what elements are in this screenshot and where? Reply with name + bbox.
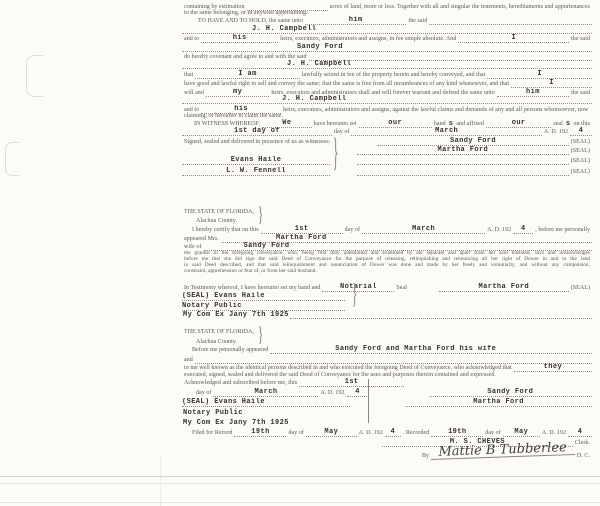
printed-form-text: Alachua County. (194, 217, 239, 225)
blank-with-entry: J. H. Campbell (182, 95, 592, 104)
blank-with-entry: 19th (431, 428, 483, 437)
bottom-rule-3 (0, 502, 600, 503)
witness-column-brace: } (333, 136, 338, 172)
line-seal-2: Martha Ford(SEAL) (182, 146, 592, 155)
line-grantee-name: J. H. Campbell (182, 25, 592, 34)
line-acknowledged: Acknowledged and subscribed before me, t… (182, 378, 592, 387)
printed-form-text: By (420, 452, 431, 460)
blank-with-entry: Sandy Ford (429, 388, 592, 397)
line-signed-sealed: Signed, sealed and delivered in presence… (182, 137, 592, 146)
printed-form-text: A. D. 192 (318, 389, 346, 397)
printed-form-text: (SEAL) (569, 284, 592, 292)
line-alachua-county-1: Alachua County. (182, 216, 592, 225)
printed-form-text: A. D. 192 (357, 429, 385, 437)
blank-with-entry: him (305, 16, 407, 25)
clerk-signature: Mattie B Tubberlee (431, 442, 575, 460)
line-before-me-appeared: Before me personally appearedSandy Ford … (182, 345, 592, 354)
printed-form-text: THE STATE OF FLORIDA, (182, 208, 256, 216)
line-good-lawful-right: have good and lawful right to sell and c… (182, 79, 592, 88)
blank-with-entry: Sandy Ford (377, 137, 568, 146)
printed-form-text: A. D. 192 (542, 128, 570, 136)
blank-with-entry: his (201, 34, 278, 43)
binder-hole-mark-1 (26, 55, 43, 97)
blank-with-entry: I (458, 34, 569, 43)
typed-entry: Notary Public (182, 409, 244, 417)
printed-form-text: TO HAVE AND TO HOLD, the same unto (196, 17, 305, 25)
bottom-rule-1 (0, 476, 600, 477)
line-heirs-fee-simple: and tohisheirs, executors, administrator… (182, 34, 592, 43)
blank-with-entry: I (511, 79, 592, 88)
printed-form-text: (SEAL) (569, 157, 592, 165)
blank-with-entry: 4 (570, 127, 592, 136)
line-certify-date: I hereby certify that on this1stday ofMa… (182, 225, 592, 234)
notarial-seal-brace: } (352, 282, 357, 308)
line-filed-recorded: Filed for Record19thday ofMayA. D. 1924.… (182, 428, 592, 437)
printed-form-text: the said (569, 35, 592, 43)
blank-with-entry: Sandy Ford and Martha Ford his wife (270, 345, 592, 354)
blank-with-entry: Evans Haile (182, 156, 330, 165)
typed-entry: My Com Ex Jany 7th 1925 (182, 419, 290, 427)
scanned-deed-document: { "glyphs": { "brace": "}" }, "page": { … (0, 0, 600, 506)
blank-with-entry: Martha Ford (357, 146, 569, 155)
blank-with-entry: 4 (513, 225, 533, 234)
printed-form-text: Seal (394, 284, 409, 292)
printed-form-text: Signed, sealed and delivered in presence… (182, 138, 332, 146)
blank-with-entry: (SEAL) Evans Haile (182, 398, 350, 407)
printed-form-text: In Testimony whereof, I have hereunto se… (182, 284, 322, 292)
blank-with-entry: 4 (568, 428, 592, 437)
printed-form-text: the said (406, 17, 429, 25)
bottom-rule-2 (0, 483, 600, 484)
printed-form-text: , before me personally (533, 226, 592, 234)
printed-form-text: lawfully seized in fee of the property h… (300, 71, 488, 79)
blank-with-entry: 4 (347, 388, 369, 397)
blank-with-entry: I am (195, 70, 300, 79)
blank-with-entry: 1st (261, 225, 343, 234)
dower-paragraph-4: constraint, apprehension or fear of, or … (182, 267, 592, 274)
state-county-brace-1: } (258, 206, 263, 225)
blank-with-entry: March (351, 127, 541, 136)
blank-with-entry (290, 318, 592, 319)
printed-form-text: have good and lawful right to sell and c… (182, 80, 511, 88)
line-grantor-name: Sandy Ford (182, 43, 592, 52)
blank-with-entry: Martha Ford (439, 283, 569, 292)
printed-form-text: heirs, executors, administrators and ass… (278, 35, 458, 43)
printed-form-text: day of (286, 429, 305, 437)
blank-with-entry: 1st (299, 378, 404, 387)
blank-with-entry: J. H. Campbell (182, 25, 592, 34)
blank-with-entry (357, 175, 569, 176)
notary-column-divider (368, 379, 369, 423)
blank-with-entry: March (362, 225, 485, 234)
printed-form-text: A. D. 192 (540, 429, 568, 437)
line-deputy-clerk: ByMattie B TubberleeD. C. (182, 444, 592, 460)
typed-entry: My Com Ex Jany 7th 1925 (182, 311, 290, 319)
line-execution-date: 1st day ofday ofMarchA. D. 1924 (182, 127, 592, 136)
blank-with-entry: 1st day of (182, 127, 332, 136)
blank-with-entry: Notarial (322, 283, 394, 292)
blank-with-entry: March (213, 388, 318, 397)
line-commission-2: My Com Ex Jany 7th 1925 (182, 418, 592, 427)
printed-form-text: . Recorded (401, 429, 432, 437)
blank-with-entry: May (306, 428, 357, 437)
blank-with-entry: 4 (385, 428, 401, 437)
line-witness-2: L. W. Fennell(SEAL) (182, 167, 592, 176)
blank-with-entry: (SEAL) Evans Haile (182, 292, 345, 301)
line-testimony-whereof: In Testimony whereof, I have hereunto se… (182, 283, 592, 292)
line-commission-1: My Com Ex Jany 7th 1925 (182, 310, 592, 319)
page-fold-line (160, 455, 161, 506)
blank-with-entry: Sandy Ford (182, 43, 592, 52)
blank-with-entry: J. H. Campbell (182, 60, 592, 69)
printed-form-text: constraint, apprehension or fear of, or … (182, 268, 319, 274)
printed-form-text: (SEAL) (569, 147, 592, 155)
line-lawfully-seized: thatI amlawfully seized in fee of the pr… (182, 70, 592, 79)
line-grantee-name-2: J. H. Campbell (182, 60, 592, 69)
line-state-florida-1: THE STATE OF FLORIDA, (182, 207, 592, 216)
printed-form-text: I hereby certify that on this (190, 226, 261, 234)
printed-form-text: (SEAL) (569, 168, 592, 176)
printed-form-text: day of (483, 429, 502, 437)
blank-with-entry: May (503, 428, 540, 437)
printed-form-text: Before me personally appeared (190, 346, 270, 354)
printed-form-text: day of (194, 389, 213, 397)
deed-page: containing by estimationacres of land, m… (0, 0, 600, 506)
line-notary-seal-2: (SEAL) Evans HaileMartha Ford (182, 398, 592, 407)
line-notary-public-2: Notary Public (182, 408, 592, 417)
blank-with-entry: Martha Ford (405, 398, 592, 407)
line-ack-date: day ofMarchA. D. 1924Sandy Ford (182, 388, 592, 397)
printed-form-text: A. D. 192 (485, 226, 513, 234)
line-witness-1: Evans Haile(SEAL) (182, 156, 592, 165)
printed-form-text: Acknowledged and subscribed before me, t… (182, 379, 299, 387)
binder-hole-mark-2 (5, 142, 19, 176)
blank-with-entry: I (487, 70, 592, 79)
blank-with-entry: 19th (234, 428, 286, 437)
printed-form-text: THE STATE OF FLORIDA, (182, 328, 256, 336)
printed-form-text: (SEAL) (569, 138, 592, 146)
line-state-florida-2: THE STATE OF FLORIDA, (182, 327, 592, 336)
printed-form-text: D. C. (575, 452, 592, 460)
line-grantee-name-3: J. H. Campbell (182, 95, 592, 104)
state-county-brace-2: } (258, 326, 263, 345)
printed-form-text: and to (182, 35, 201, 43)
printed-form-text: Filed for Record (190, 429, 234, 437)
line-to-have-and-hold: TO HAVE AND TO HOLD, the same untohimthe… (182, 16, 592, 25)
line-notary-seal-1: (SEAL) Evans Haile (182, 292, 592, 301)
printed-form-text: day of (343, 226, 362, 234)
blank-with-entry: L. W. Fennell (182, 167, 330, 176)
blank-with-entry (357, 164, 569, 165)
printed-form-text: that (182, 71, 195, 79)
